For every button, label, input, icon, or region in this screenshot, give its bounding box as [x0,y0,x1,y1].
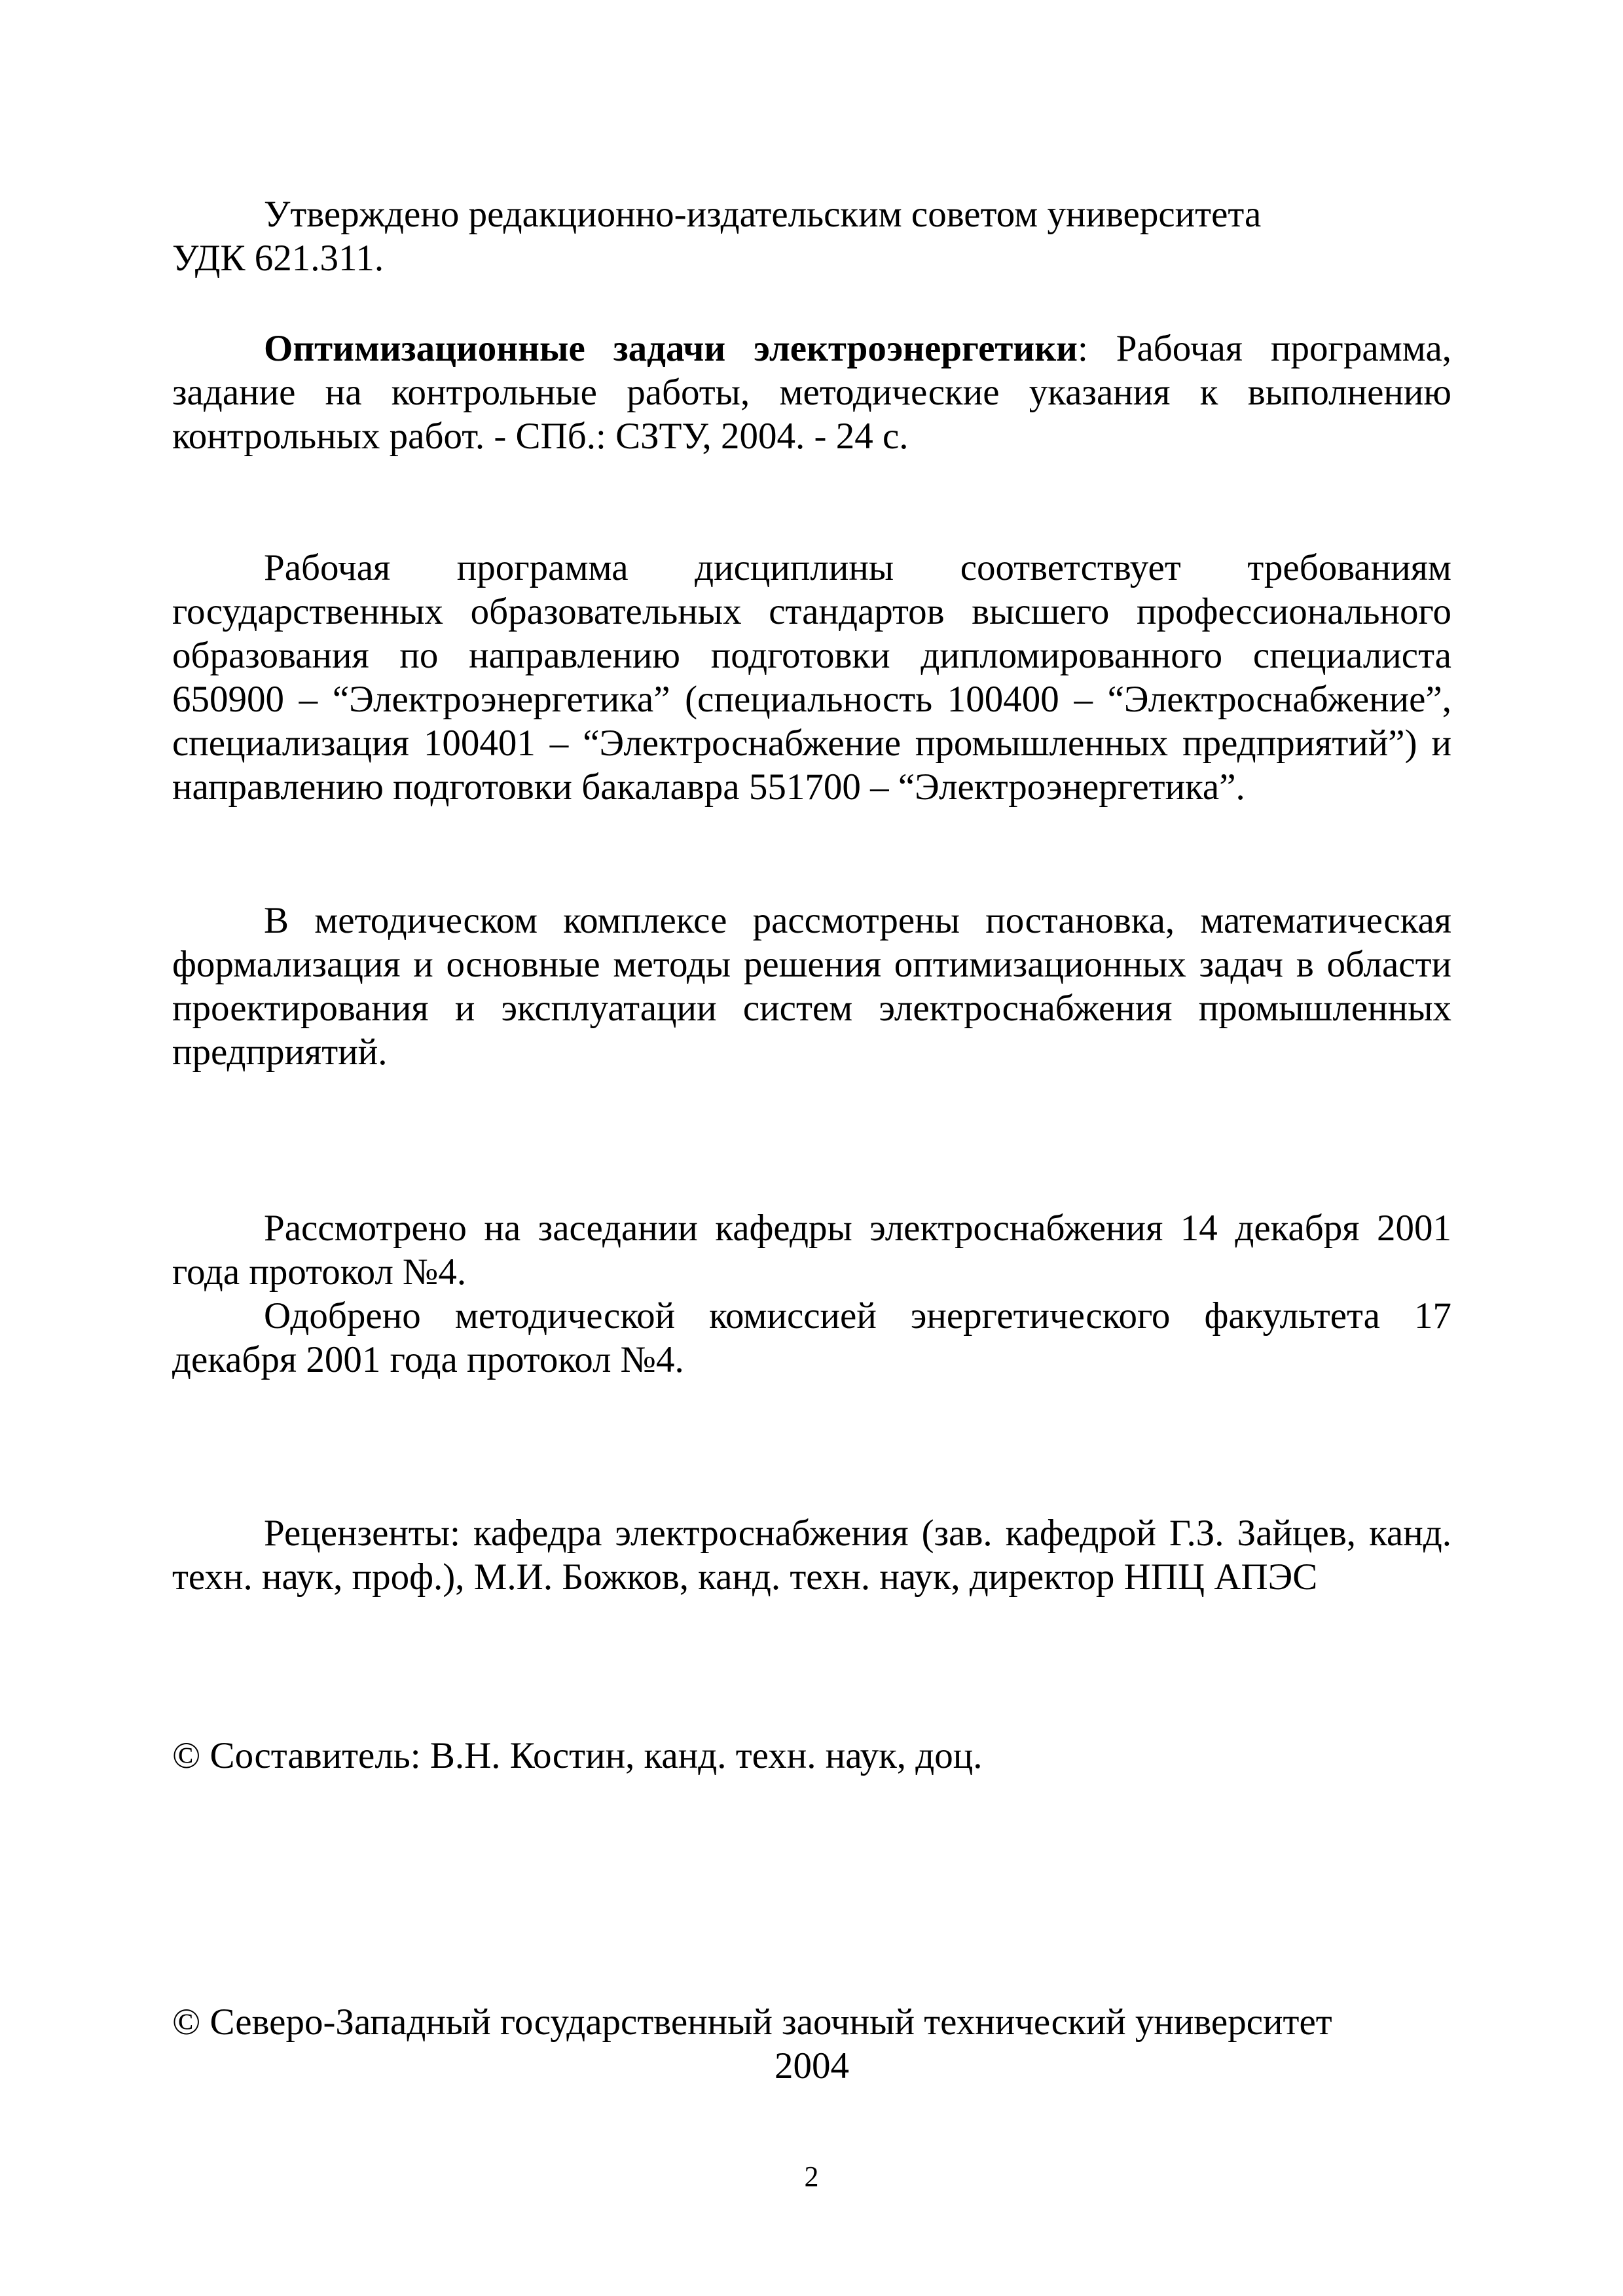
reviewers-paragraph: Рецензенты: кафедра электроснабжения (за… [172,1511,1451,1599]
abstract-paragraph: В методическом комплексе рассмотрены пос… [172,899,1451,1074]
approval-udc-block: Утверждено редакционно-издательским сове… [172,192,1451,280]
approval-line: Утверждено редакционно-издательским сове… [264,194,1261,235]
document-title: Оптимизационные задачи электроэнергетики [264,328,1078,369]
page-number: 2 [0,2160,1623,2194]
udc-line: УДК 621.311. [172,238,384,279]
compiler-line: © Составитель: В.Н. Костин, канд. техн. … [172,1734,1451,1778]
university-block: © Северо-Западный государственный заочны… [172,2000,1451,2088]
protocol-block: Рассмотрено на заседании кафедры электро… [172,1206,1451,1382]
year-line: 2004 [172,2044,1451,2088]
bibliographic-paragraph: Оптимизационные задачи электроэнергетики… [172,327,1451,458]
approved-paragraph: Одобрено методической комиссией энергети… [172,1294,1451,1382]
considered-paragraph: Рассмотрено на заседании кафедры электро… [172,1206,1451,1294]
document-page: Утверждено редакционно-издательским сове… [0,0,1623,2296]
university-line: © Северо-Западный государственный заочны… [172,2000,1451,2044]
standards-paragraph: Рабочая программа дисциплины соответству… [172,546,1451,809]
